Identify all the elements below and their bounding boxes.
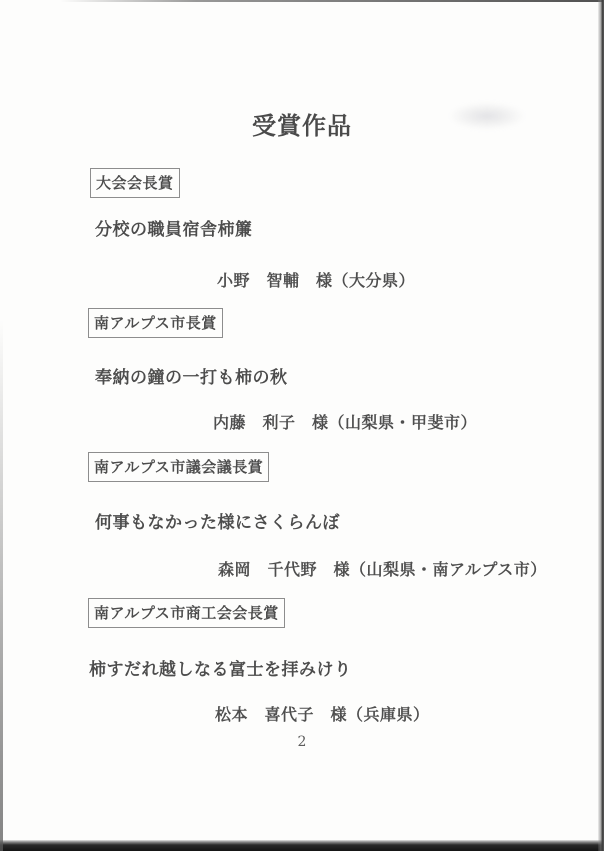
scanned-document-page: 受賞作品 大会会長賞 分校の職員宿舎柿簾 小野 智輔 様（大分県） 南アルプス市… xyxy=(0,0,604,851)
award-name: 大会会長賞 xyxy=(96,174,174,192)
scan-edge-left xyxy=(0,320,3,851)
award-author: 松本 喜代子 様（兵庫県） xyxy=(215,702,430,725)
award-work: 奉納の鐘の一打も柿の秋 xyxy=(95,363,288,388)
award-author: 森岡 千代野 様（山梨県・南アルプス市） xyxy=(218,557,547,580)
award-name-box: 大会会長賞 xyxy=(90,168,180,198)
award-author: 内藤 利子 様（山梨県・甲斐市） xyxy=(213,410,477,433)
scan-edge-bottom xyxy=(0,840,604,851)
award-name: 南アルプス市長賞 xyxy=(94,314,217,332)
award-author: 小野 智輔 様（大分県） xyxy=(217,268,415,291)
award-section-grand-prize: 大会会長賞 分校の職員宿舎柿簾 小野 智輔 様（大分県） xyxy=(88,168,568,308)
page-number: 2 xyxy=(0,734,604,750)
award-name-box: 南アルプス市長賞 xyxy=(88,308,223,338)
award-name-box: 南アルプス市商工会会長賞 xyxy=(88,598,285,628)
award-section-mayor-prize: 南アルプス市長賞 奉納の鐘の一打も柿の秋 内藤 利子 様（山梨県・甲斐市） xyxy=(88,308,568,448)
award-name-box: 南アルプス市議会議長賞 xyxy=(88,452,269,482)
scan-edge-top xyxy=(60,0,604,2)
document-title: 受賞作品 xyxy=(0,106,604,141)
award-work: 分校の職員宿舎柿簾 xyxy=(95,215,253,240)
award-work: 何事もなかった様にさくらんぼ xyxy=(95,508,340,533)
award-name: 南アルプス市商工会会長賞 xyxy=(94,604,279,622)
award-section-commerce-chair-prize: 南アルプス市商工会会長賞 柿すだれ越しなる富士を拝みけり 松本 喜代子 様（兵庫… xyxy=(88,598,568,738)
award-section-council-chair-prize: 南アルプス市議会議長賞 何事もなかった様にさくらんぼ 森岡 千代野 様（山梨県・… xyxy=(88,452,568,592)
award-name: 南アルプス市議会議長賞 xyxy=(94,458,263,476)
award-work: 柿すだれ越しなる富士を拝みけり xyxy=(89,655,352,680)
